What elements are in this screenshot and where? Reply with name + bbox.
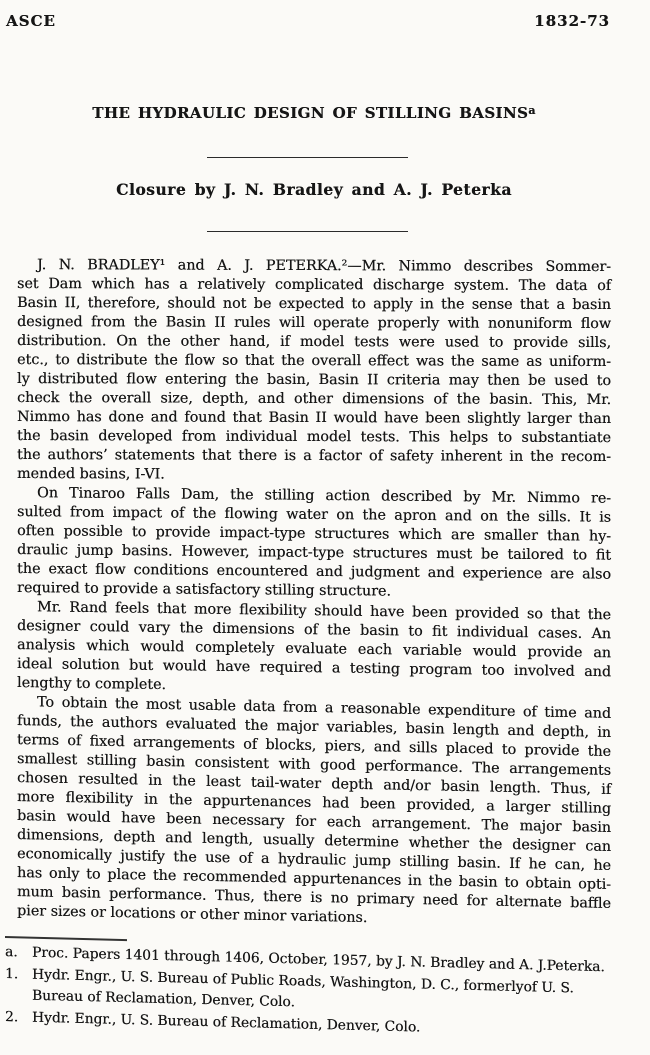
footnote-marker: 2. (5, 1007, 32, 1029)
title-footnote-superscript: a (528, 104, 536, 117)
text-line: mended basins, I-VI. (17, 465, 611, 486)
text-line: check the overall size, depth, and other… (17, 389, 611, 410)
divider-rule-top (207, 157, 408, 158)
text-line: etc., to distribute the flow so that the… (17, 351, 611, 372)
footnote-marker: a. (5, 942, 32, 964)
paragraph-lines: J. N. BRADLEY¹ and A. J. PETERKA.²—Mr. N… (17, 256, 611, 486)
text-line: the authors’ statements that there is a … (17, 446, 611, 467)
footnote-line: Peterka. (547, 958, 605, 975)
page-header: ASCE 1832-73 (6, 12, 610, 30)
divider-rule-bottom (207, 231, 408, 232)
journal-abbreviation: ASCE (6, 12, 56, 30)
text-line: J. N. BRADLEY¹ and A. J. PETERKA.²—Mr. N… (17, 256, 611, 277)
paragraph-lines: Mr. Rand feels that more flexibility sho… (17, 598, 611, 701)
footnote-rule (5, 936, 127, 941)
paragraph: Mr. Rand feels that more flexibility sho… (17, 598, 611, 701)
text-line: Basin II, therefore, should not be expec… (17, 294, 611, 315)
page-title: THE HYDRAULIC DESIGN OF STILLING BASINSa (92, 104, 535, 122)
paragraph: J. N. BRADLEY¹ and A. J. PETERKA.²—Mr. N… (17, 256, 611, 486)
paragraph: On Tinaroo Falls Dam, the stilling actio… (17, 484, 611, 604)
footnote-list: a. Proc. Papers 1401 through 1406, Octob… (5, 942, 617, 1043)
text-line: distribution. On the other hand, if mode… (17, 332, 611, 353)
text-line: set Dam which has a relatively complicat… (17, 275, 611, 296)
text-line: ly distributed flow entering the basin, … (17, 370, 611, 391)
body-text: J. N. BRADLEY¹ and A. J. PETERKA.²—Mr. N… (17, 256, 611, 921)
footnote-marker: 1. (5, 964, 32, 986)
text-line: the basin developed from individual mode… (17, 427, 611, 448)
text-line: Nimmo has done and found that Basin II w… (17, 408, 611, 429)
paragraph-lines: To obtain the most usable data from a re… (17, 693, 611, 933)
footnote-section: a. Proc. Papers 1401 through 1406, Octob… (5, 936, 617, 1043)
byline: Closure by J. N. Bradley and A. J. Peter… (16, 180, 612, 199)
paragraph: To obtain the most usable data from a re… (17, 693, 611, 933)
title-block: THE HYDRAULIC DESIGN OF STILLING BASINSa (16, 103, 612, 122)
scanned-paper-page: ASCE 1832-73 THE HYDRAULIC DESIGN OF STI… (0, 0, 650, 1055)
paper-number: 1832-73 (534, 12, 610, 30)
paragraph-lines: On Tinaroo Falls Dam, the stilling actio… (17, 484, 611, 604)
text-line: designed from the Basin II rules will op… (17, 313, 611, 334)
